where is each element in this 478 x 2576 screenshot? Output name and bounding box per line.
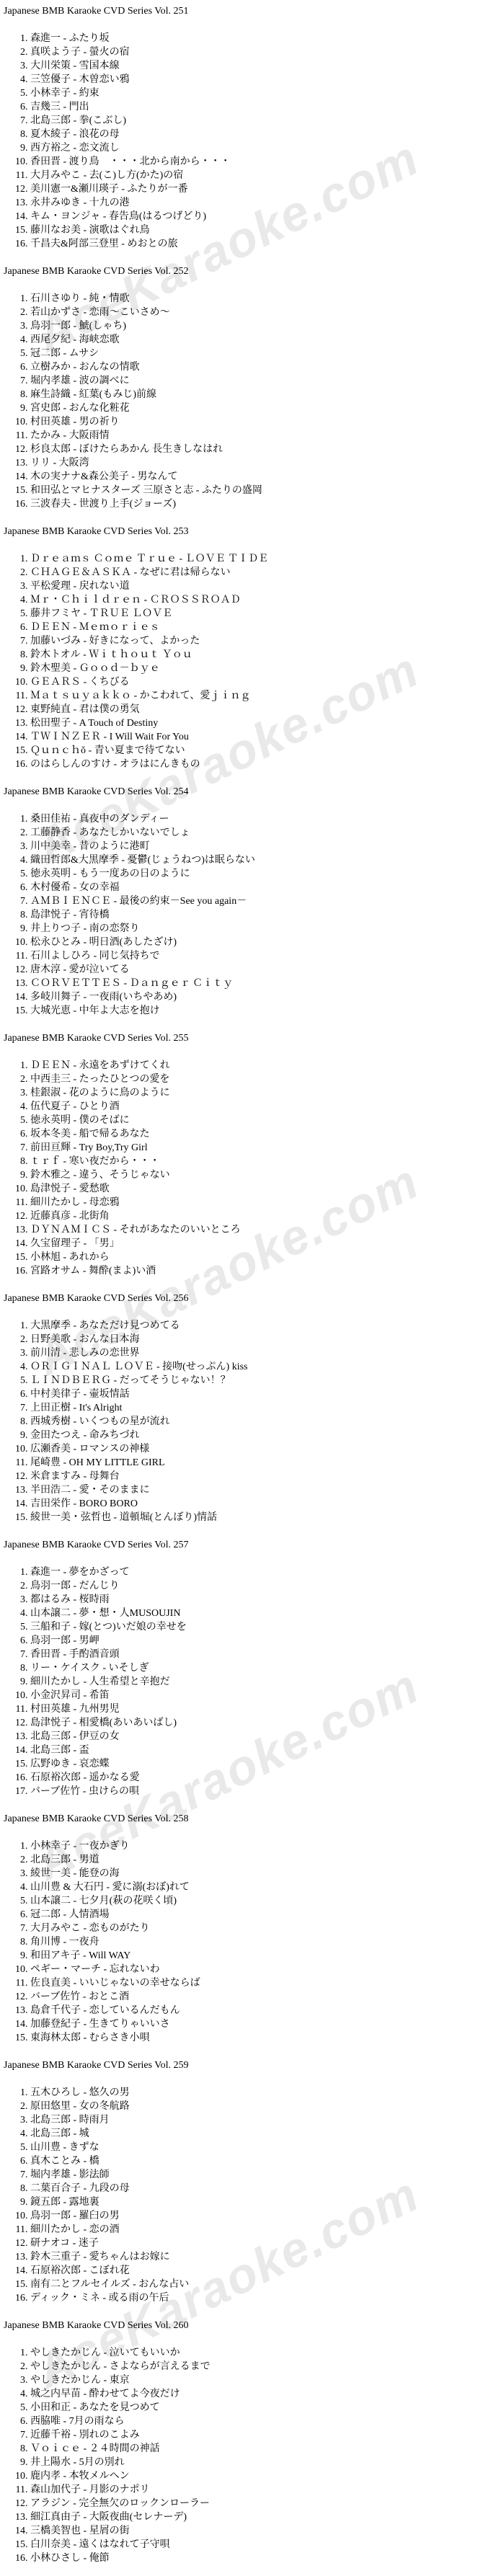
track-item: 原田悠里 - 女の冬航路 [30,2100,478,2113]
track-item: 宮史郎 - おんな化粧花 [30,401,478,415]
track-item: 鳥羽一郎 - 羅臼の男 [30,2209,478,2223]
track-item: 大川栄策 - 雪国本線 [30,59,478,73]
track-item: 真木ことみ - 橋 [30,2154,478,2168]
track-item: 杉良太郎 - ぼけたらあかん 長生きしなはれ [30,443,478,456]
track-item: 鳥羽一郎 - だんじり [30,1579,478,1593]
track-item: 島津悦子 - 宵待橋 [30,908,478,922]
track-item: 永井みゆき - 十九の港 [30,196,478,210]
track-item: 小田和正 - あなたを見つめて [30,2401,478,2415]
track-item: 東海林太郎 - むらさき小唄 [30,2031,478,2045]
track-item: 日野美歌 - おんな日本海 [30,1333,478,1346]
track-item: 北島三郎 - 拳(こぶし) [30,114,478,128]
track-item: 前田亘輝 - Try Boy,Try Girl [30,1141,478,1155]
track-item: 夏木綾子 - 浪花の母 [30,128,478,141]
series-section: Japanese BMB Karaoke CVD Series Vol. 252… [4,265,478,511]
track-item: 近藤真彦 - 北街角 [30,1209,478,1223]
track-item: たかみ - 大阪雨情 [30,429,478,443]
series-title: Japanese BMB Karaoke CVD Series Vol. 259 [4,2058,478,2072]
track-item: ＣＨＡＧＥ＆ＡＳＫＡ - なぜに君は帰らない [30,566,478,579]
track-item: Ｍｒ・Ｃｈｉｌｄｒｅｎ - ＣＲＯＳＳＲＯＡＤ [30,593,478,607]
track-item: 吉田栄作 - BORO BORO [30,1497,478,1511]
track-item: やしきたかじん - 東京 [30,2373,478,2387]
series-section: Japanese BMB Karaoke CVD Series Vol. 255… [4,1031,478,1278]
track-item: 唐木淳 - 愛が泣いてる [30,963,478,977]
track-item: 伍代夏子 - ひとり酒 [30,1100,478,1114]
track-item: 鈴木三重子 - 愛ちゃんはお嫁に [30,2250,478,2264]
track-item: 鏡五郎 - 露地裏 [30,2195,478,2209]
track-item: 鈴木雅之 - 違う、そうじゃない [30,1168,478,1182]
track-item: 三船和子 - 嫁(とつ)いだ娘の幸せを [30,1620,478,1634]
track-list: 石川さゆり - 純・情歌若山かずさ - 恋雨～こいさめ～鳥羽一郎 - 鯱(しゃち… [4,292,478,511]
track-item: 中村美律子 - 壷坂情話 [30,1387,478,1401]
track-list: 大黒摩季 - あなただけ見つめてる日野美歌 - おんな日本海前川清 - 悲しみの… [4,1319,478,1524]
track-item: 井上陽水 - 5月の別れ [30,2456,478,2469]
track-item: 石原裕次郎 - こぼれ花 [30,2264,478,2278]
track-item: 宮路オサム - 舞酔(まよ)い酒 [30,1264,478,1278]
track-item: 細川たかし - 母恋鴉 [30,1196,478,1209]
track-item: 島津悦子 - 愛愁歌 [30,1182,478,1196]
track-item: ＯＲＩＧＩＮＡＬ ＬＯＶＥ - 接吻(せっぷん) kiss [30,1360,478,1374]
track-item: 鳥羽一郎 - 鯱(しゃち) [30,319,478,333]
track-item: 白川奈美 - 遠くはなれて子守唄 [30,2538,478,2551]
track-item: 森進一 - ふたり坂 [30,32,478,45]
track-item: やしきたかじん - さよならが言えるまで [30,2360,478,2373]
track-item: 研ナオコ - 迷子 [30,2237,478,2250]
track-item: リリ - 大阪湾 [30,456,478,470]
track-item: 工藤静香 - あなたしかいないでしょ [30,826,478,840]
track-item: 織田哲郎&大黒摩季 - 憂鬱(じょうねつ)は眠らない [30,853,478,867]
series-section: Japanese BMB Karaoke CVD Series Vol. 258… [4,1812,478,2045]
track-item: Ｍａｔｓｕｙａｋｋｏ - かこわれて、愛ｊｉｎｇ [30,689,478,703]
series-section: Japanese BMB Karaoke CVD Series Vol. 256… [4,1292,478,1524]
track-item: 加藤いづみ - 好きになって、よかった [30,634,478,648]
track-item: Ｑｕｎｃｈŏ - 青い夏まで待てない [30,744,478,758]
series-title: Japanese BMB Karaoke CVD Series Vol. 252 [4,265,478,278]
track-item: 村田英雄 - 九州男児 [30,1702,478,1716]
track-item: 石原裕次郎 - 遥かなる愛 [30,1771,478,1785]
track-item: 和田弘とマヒナスターズ 三原さと志 - ふたりの盛岡 [30,484,478,497]
track-item: 近藤千裕 - 別れのこよみ [30,2428,478,2442]
track-item: やしきたかじん - 泣いてもいいか [30,2346,478,2360]
track-item: 西脇唯 - 7月の雨なら [30,2415,478,2428]
track-item: 麻生詩織 - 紅葉(もみじ)前線 [30,388,478,401]
track-item: 吉幾三 - 門出 [30,100,478,114]
track-item: 大黒摩季 - あなただけ見つめてる [30,1319,478,1333]
track-item: バーブ佐竹 - 虫けらの唄 [30,1785,478,1798]
track-item: リー・ケイスク - いそしぎ [30,1661,478,1675]
track-item: 広野ゆき - 哀恋蝶 [30,1757,478,1771]
track-item: 川中美幸 - 昔のように港町 [30,840,478,853]
track-item: 尾崎豊 - OH MY LITTLE GIRL [30,1456,478,1470]
track-item: 西方裕之 - 恋文流し [30,141,478,155]
track-item: ＧＥＡＲＳ - くちびる [30,675,478,689]
track-item: 南有二とフルセイルズ - おんな占い [30,2278,478,2291]
track-item: ＤＥＥＮ - Ｍｅｍｏｒｉｅｓ [30,621,478,634]
track-item: ペギー・マーチ - 忘れないわ [30,1963,478,1976]
track-item: 冠二郎 - 人情酒場 [30,1908,478,1922]
track-item: 平松愛理 - 戻れない道 [30,579,478,593]
track-item: 徳永英明 - もう一度あの日のように [30,867,478,881]
series-title: Japanese BMB Karaoke CVD Series Vol. 257 [4,1538,478,1552]
track-item: 真咲よう子 - 螢火の宿 [30,45,478,59]
track-item: のはらしんのすけ - オラはにんきもの [30,758,478,771]
track-item: ディック・ミネ - 或る雨の午后 [30,2291,478,2305]
track-item: 米倉ますみ - 母舞台 [30,1470,478,1483]
track-item: 半田浩二 - 愛・そのままに [30,1483,478,1497]
sections-container: Japanese BMB Karaoke CVD Series Vol. 251… [0,0,478,2565]
track-item: 角川博 - 一夜舟 [30,1935,478,1949]
track-item: ＡＭＢＩＥＮＣＥ - 最後の約束－See you again－ [30,894,478,908]
series-section: Japanese BMB Karaoke CVD Series Vol. 257… [4,1538,478,1798]
series-section: Japanese BMB Karaoke CVD Series Vol. 253… [4,525,478,771]
track-item: 松永ひとみ - 明日酒(あしたざけ) [30,936,478,949]
track-item: 広瀬香美 - ロマンスの神様 [30,1442,478,1456]
track-item: 大月みやこ - 去(こ)し方(かた)の宿 [30,169,478,182]
track-item: 北島三郎 - 城 [30,2127,478,2141]
series-title: Japanese BMB Karaoke CVD Series Vol. 260 [4,2319,478,2332]
track-item: 鈴木トオル - Ｗｉｔｈｏｕｔ Ｙｏｕ [30,648,478,662]
track-item: 久宝留理子 - 「男」 [30,1237,478,1251]
track-item: 北島三郎 - 男道 [30,1853,478,1867]
track-list: 桑田佳祐 - 真夜中のダンディー工藤静香 - あなたしかいないでしょ川中美幸 -… [4,812,478,1018]
track-item: 木村優希 - 女の幸福 [30,881,478,894]
track-item: 上田正樹 - It's Alright [30,1401,478,1415]
track-item: 小林ひさし - 俺節 [30,2551,478,2565]
track-item: 小金沢昇司 - 希笛 [30,1689,478,1702]
track-item: 西城秀樹 - いくつもの星が流れ [30,1415,478,1429]
track-item: 堀内孝雄 - 波の調べに [30,374,478,388]
track-item: 細川たかし - 人生希望と辛抱だ [30,1675,478,1689]
track-item: 東野純直 - 君は僕の勇気 [30,703,478,716]
track-item: 冠二郎 - ムサシ [30,347,478,360]
track-item: 島倉千代子 - 恋しているんだもん [30,2004,478,2017]
series-title: Japanese BMB Karaoke CVD Series Vol. 253 [4,525,478,538]
track-item: 北島三郎 - 盃 [30,1744,478,1757]
track-item: 都はるみ - 桜時雨 [30,1593,478,1607]
track-item: 桂銀淑 - 花のように鳥のように [30,1086,478,1100]
track-item: ＤＥＥＮ - 永遠をあずけてくれ [30,1059,478,1072]
track-item: 三笠優子 - 木曽恋い鴉 [30,73,478,86]
track-item: 香田晋 - 渡り鳥 ・・・北から南から・・・ [30,155,478,169]
track-item: 三波春夫 - 世渡り上手(ジョーズ) [30,497,478,511]
track-item: 森山加代子 - 月影のナポリ [30,2483,478,2497]
track-item: 木の実ナナ&森公美子 - 男なんて [30,470,478,484]
track-item: アラジン - 完全無欠のロックンローラー [30,2497,478,2510]
track-item: 藤川なお美 - 演歌はぐれ鳥 [30,223,478,237]
track-item: 山川豊 - きずな [30,2141,478,2154]
track-item: 山本譲二 - 七夕月(萩の花咲く頃) [30,1894,478,1908]
track-item: 石川さゆり - 純・情歌 [30,292,478,306]
track-item: 徳永英明 - 僕のそばに [30,1114,478,1127]
track-item: 金田たつえ - 命みちづれ [30,1429,478,1442]
track-item: 山本譲二 - 夢・想・人MUSOUJIN [30,1607,478,1620]
track-item: ＬＩＮＤＢＥＲＧ - だってそうじゃない！？ [30,1374,478,1387]
track-item: 島津悦子 - 相愛橋(あいあいばし) [30,1716,478,1730]
track-item: 加藤登紀子 - 生きてりゃいいさ [30,2017,478,2031]
track-item: 立樹みか - おんなの情歌 [30,360,478,374]
track-item: 中西圭三 - たったひとつの愛を [30,1072,478,1086]
series-section: Japanese BMB Karaoke CVD Series Vol. 260… [4,2319,478,2565]
track-item: 大月みやこ - 恋ものがたり [30,1922,478,1935]
track-item: 和田アキ子 - Will WAY [30,1949,478,1963]
series-section: Japanese BMB Karaoke CVD Series Vol. 259… [4,2058,478,2305]
track-item: 北島三郎 - 伊豆の女 [30,1730,478,1744]
track-list: Ｄｒｅａｍｓ Ｃｏｍｅ Ｔｒｕｅ - ＬＯＶＥ ＴＩＤＥＣＨＡＧＥ＆ＡＳＫＡ -… [4,552,478,771]
track-item: 堀内孝雄 - 影法師 [30,2168,478,2182]
track-item: 桑田佳祐 - 真夜中のダンディー [30,812,478,826]
track-list: 五木ひろし - 悠久の男原田悠里 - 女の冬航路北島三郎 - 時雨月北島三郎 -… [4,2086,478,2305]
track-item: 鳥羽一郎 - 男岬 [30,1634,478,1648]
series-title: Japanese BMB Karaoke CVD Series Vol. 255 [4,1031,478,1045]
track-item: 綾世一美・弦哲也 - 道頓堀(とんぼり)情話 [30,1511,478,1524]
track-item: 細江真由子 - 大阪夜曲(セレナーデ) [30,2510,478,2524]
track-item: 香田晋 - 手酌酒音頭 [30,1648,478,1661]
track-item: Ｄｒｅａｍｓ Ｃｏｍｅ Ｔｒｕｅ - ＬＯＶＥ ＴＩＤＥ [30,552,478,566]
track-item: 井上りつ子 - 南の恋祭り [30,922,478,936]
track-item: 前川清 - 悲しみの恋世界 [30,1346,478,1360]
track-list: やしきたかじん - 泣いてもいいかやしきたかじん - さよならが言えるまでやしき… [4,2346,478,2565]
track-item: 小林幸子 - 約束 [30,86,478,100]
track-list: ＤＥＥＮ - 永遠をあずけてくれ中西圭三 - たったひとつの愛を桂銀淑 - 花の… [4,1059,478,1278]
track-item: 小林幸子 - 一夜かぎり [30,1839,478,1853]
track-item: ＣＯＲＶＥＴＴＥＳ - Ｄａｎｇｅｒ Ｃｉｔｙ [30,977,478,990]
track-item: 鹿内孝 - 本牧メルヘン [30,2469,478,2483]
series-section: Japanese BMB Karaoke CVD Series Vol. 254… [4,785,478,1018]
track-list: 小林幸子 - 一夜かぎり北島三郎 - 男道綾世一美 - 能登の海山川豊 & 大石… [4,1839,478,2045]
track-item: 北島三郎 - 時雨月 [30,2113,478,2127]
series-title: Japanese BMB Karaoke CVD Series Vol. 254 [4,785,478,799]
track-item: 細川たかし - 恋の酒 [30,2223,478,2237]
track-item: 松田聖子 - A Touch of Destiny [30,716,478,730]
track-item: 西尾夕紀 - 海峡恋歌 [30,333,478,347]
track-item: 千昌夫&阿部三登里 - めおとの旅 [30,237,478,251]
track-item: 森進一 - 夢をかざって [30,1565,478,1579]
track-list: 森進一 - 夢をかざって鳥羽一郎 - だんじり都はるみ - 桜時雨山本譲二 - … [4,1565,478,1798]
track-item: 坂本冬美 - 船で帰るあなた [30,1127,478,1141]
track-list: 森進一 - ふたり坂真咲よう子 - 螢火の宿大川栄策 - 雪国本線三笠優子 - … [4,32,478,251]
track-item: 藤井フミヤ - ＴＲＵＥ ＬＯＶＥ [30,607,478,621]
karaoke-track-list-page: AceKaraoke.com AceKaraoke.com AceKaraoke… [0,0,478,2576]
track-item: 山川豊 & 大石円 - 愛に溺(おぼ)れて [30,1880,478,1894]
track-item: 小林旭 - あれから [30,1251,478,1264]
track-item: 石川よしひろ - 同じ気持ちで [30,949,478,963]
series-title: Japanese BMB Karaoke CVD Series Vol. 251 [4,4,478,18]
track-item: キム・ヨンジャ - 春告鳥(はるつげどり) [30,210,478,223]
track-item: 佐良直美 - いいじゃないの幸せならば [30,1976,478,1990]
track-item: 大城光恵 - 中年よ大志を抱け [30,1004,478,1018]
track-item: 多岐川舞子 - 一夜雨(いちやあめ) [30,990,478,1004]
track-item: 若山かずさ - 恋雨～こいさめ～ [30,306,478,319]
track-item: 三橋美智也 - 星屑の街 [30,2524,478,2538]
series-title: Japanese BMB Karaoke CVD Series Vol. 256 [4,1292,478,1305]
track-item: 鈴木聖美 - Ｇｏｏｄ－ｂｙｅ [30,662,478,675]
track-item: 綾世一美 - 能登の海 [30,1867,478,1880]
series-section: Japanese BMB Karaoke CVD Series Vol. 251… [4,4,478,251]
track-item: 五木ひろし - 悠久の男 [30,2086,478,2100]
track-item: Ｖｏｉｃｅ - ２４時間の神話 [30,2442,478,2456]
track-item: バーブ佐竹 - おとこ酒 [30,1990,478,2004]
series-title: Japanese BMB Karaoke CVD Series Vol. 258 [4,1812,478,1826]
track-item: 城之内早苗 - 酔わせてよ今夜だけ [30,2387,478,2401]
track-item: 村田英雄 - 男の祈り [30,415,478,429]
track-item: ＴＷＩＮＺＥＲ - I Will Wait For You [30,730,478,744]
track-item: 美川憲一&瀬川瑛子 - ふたりが一番 [30,182,478,196]
track-item: ＤＹＮＡＭＩＣＳ - それがあなたのいいところ [30,1223,478,1237]
track-item: ｔｒｆ - 寒い夜だから・・・ [30,1155,478,1168]
track-item: 二葉百合子 - 九段の母 [30,2182,478,2195]
